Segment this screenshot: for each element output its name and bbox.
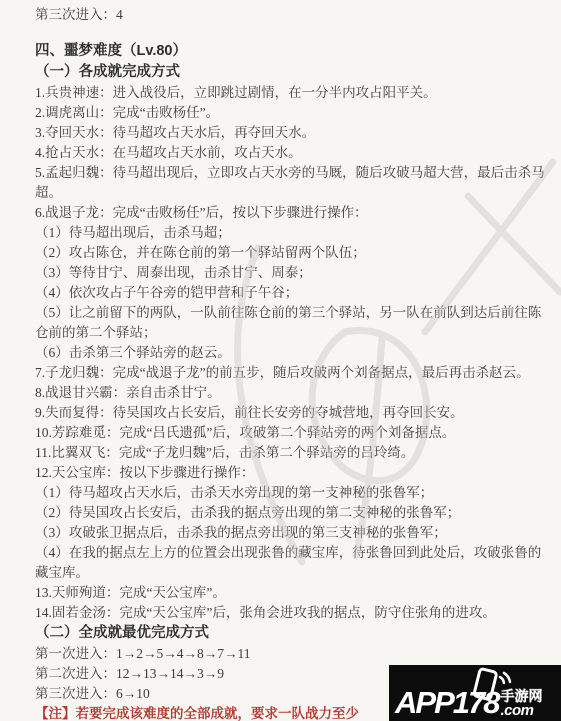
subsection-heading-1: （一）各成就完成方式 — [35, 62, 553, 83]
achievement-line: 12.天公宝库：按以下步骤进行操作： — [35, 463, 553, 483]
document-page: 第三次进入：4 四、噩梦难度（Lv.80） （一）各成就完成方式 1.兵贵神速：… — [0, 0, 561, 721]
achievement-line: 6.战退子龙：完成“击败杨任”后，按以下步骤进行操作： — [35, 203, 553, 223]
achievement-line: 7.子龙归魏：完成“战退子龙”的前五步，随后攻破两个刘备据点，最后再击杀赵云。 — [35, 363, 553, 383]
achievement-line: 1.兵贵神速：进入战役后，立即跳过剧情，在一分半内攻占阳平关。 — [35, 83, 553, 103]
achievement-line: 9.失而复得：待吴国攻占长安后，前往长安旁的夺城营地，再夺回长安。 — [35, 403, 553, 423]
achievement-substep: （2）攻占陈仓，并在陈仓前的第一个驿站留两个队伍； — [35, 243, 553, 263]
doc-line-intro: 第三次进入：4 — [35, 5, 553, 25]
section-heading: 四、噩梦难度（Lv.80） — [35, 41, 553, 62]
achievement-line: 2.调虎离山：完成“击败杨任”。 — [35, 103, 553, 123]
achievement-line: 4.抢占天水：在马超攻占天水前，攻占天水。 — [35, 143, 553, 163]
brand-suffix-com: .com — [500, 703, 533, 718]
sequence-line: 第一次进入：1→2→5→4→8→7→11 — [35, 644, 553, 664]
brand-text: APP178 — [395, 688, 498, 718]
achievement-line: 8.战退甘兴霸：亲自击杀甘宁。 — [35, 383, 553, 403]
watermark-logo: APP178 手游网 .com — [389, 665, 561, 721]
subsection-heading-2: （二）全成就最优完成方式 — [35, 623, 553, 644]
achievement-line: 10.芳踪难觅：完成“吕氏遗孤”后，攻破第二个驿站旁的两个刘备据点。 — [35, 423, 553, 443]
achievement-substep: （6）击杀第三个驿站旁的赵云。 — [35, 343, 553, 363]
achievement-substep: （4）依次攻占子午谷旁的铠甲营和子午谷； — [35, 283, 553, 303]
brand-suffix-cn: 手游网 — [500, 689, 542, 703]
achievement-line: 3.夺回天水：待马超攻占天水后，再夺回天水。 — [35, 123, 553, 143]
achievement-substep: （3）等待甘宁、周泰出现，击杀甘宁、周泰； — [35, 263, 553, 283]
achievement-substep: （4）在我的据点左上方的位置会出现张鲁的藏宝库，待张鲁回到此处后，攻破张鲁的藏宝… — [35, 543, 553, 583]
paragraph-gap — [35, 25, 553, 41]
achievement-line: 5.孟起归魏：待马超出现后，立即攻占天水旁的马厩，随后攻破马超大营，最后击杀马超… — [35, 163, 553, 203]
achievement-line: 14.固若金汤：完成“天公宝库”后，张角会进攻我的据点，防守住张角的进攻。 — [35, 603, 553, 623]
achievement-substep: （1）待马超攻占天水后，击杀天水旁出现的第一支神秘的张鲁军； — [35, 483, 553, 503]
achievement-line: 13.天师殉道：完成“天公宝库”。 — [35, 583, 553, 603]
achievement-substep: （2）待吴国攻占长安后，击杀我的据点旁出现的第二支神秘的张鲁军； — [35, 503, 553, 523]
achievement-substep: （5）让之前留下的两队，一队前往陈仓前的第三个驿站，另一队在前队到达后前往陈仓前… — [35, 303, 553, 343]
achievement-line: 11.比翼双飞：完成“子龙归魏”后，击杀第二个驿站旁的吕玲绮。 — [35, 443, 553, 463]
achievement-substep: （3）攻破张卫据点后，击杀我的据点旁出现的第三支神秘的张鲁军； — [35, 523, 553, 543]
achievement-substep: （1）待马超出现后，击杀马超； — [35, 223, 553, 243]
